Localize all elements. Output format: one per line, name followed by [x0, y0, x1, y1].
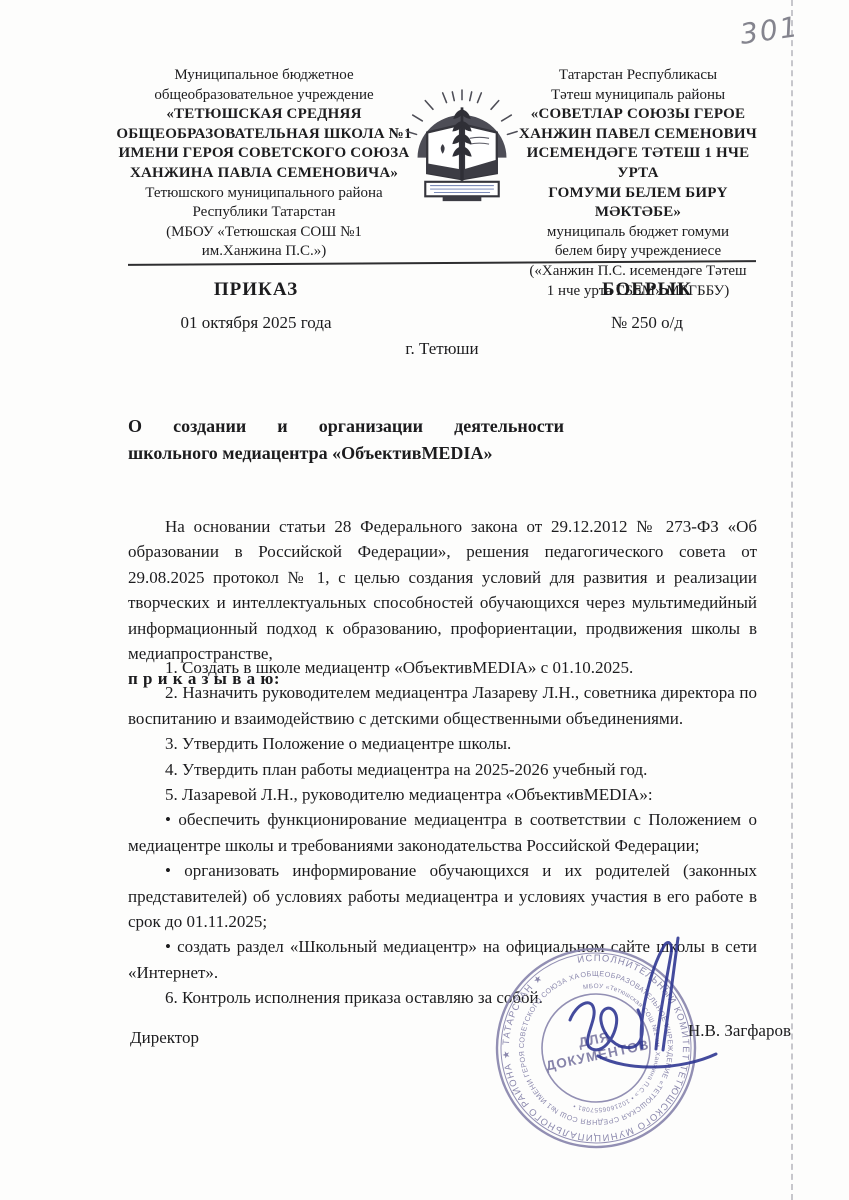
order-item-1: 1. Создать в школе медиацентр «ОбъективM…: [128, 655, 757, 680]
order-title-line1: О создании и организации деятельности: [128, 413, 564, 440]
header-left-line: общеобразовательное учреждение: [116, 86, 412, 106]
signer-position: Директор: [130, 1028, 199, 1048]
header-left-line: ОБЩЕОБРАЗОВАТЕЛЬНАЯ ШКОЛА №1: [116, 125, 412, 145]
order-date: 01 октября 2025 года: [128, 313, 384, 333]
header-left-line: им.Ханжина П.С.»): [116, 242, 412, 262]
header-right-line: Татарстан Республикасы: [512, 66, 764, 86]
header-right-line: Тәтеш муниципаль районы: [512, 86, 764, 106]
header-left-line: (МБОУ «Тетюшская СОШ №1: [116, 223, 412, 243]
order-number: № 250 о/д: [534, 313, 760, 333]
header-org-russian: Муниципальное бюджетное общеобразователь…: [116, 66, 412, 262]
order-item-4: 4. Утвердить план работы медиацентра на …: [128, 757, 757, 782]
header-left-line: Муниципальное бюджетное: [116, 66, 412, 86]
order-title: О создании и организации деятельности шк…: [128, 413, 564, 467]
order-label-russian: ПРИКАЗ: [128, 279, 384, 301]
header-right-line: «СОВЕТЛАР СОЮЗЫ ГЕРОЕ: [512, 105, 764, 125]
order-city: г. Тетюши: [128, 339, 756, 359]
header-left-line: «ТЕТЮШСКАЯ СРЕДНЯЯ: [116, 105, 412, 125]
header-right-line: муниципаль бюджет гомуми: [512, 223, 764, 243]
header-right-line: ИСЕМЕНДӘГЕ ТӘТЕШ 1 НЧЕ УРТА: [512, 144, 764, 183]
order-item-5: 5. Лазаревой Л.Н., руководителю медиацен…: [128, 782, 757, 807]
school-emblem-icon: [404, 88, 520, 206]
fold-mark-line: [791, 0, 793, 1200]
order-item-5-bullet-1: • обеспечить функционирование медиацентр…: [128, 807, 757, 858]
preamble-text: На основании статьи 28 Федерального зако…: [128, 514, 757, 666]
order-title-line2: школьного медиацентра «ОбъективMEDIA»: [128, 440, 564, 467]
order-item-3: 3. Утвердить Положение о медиацентре шко…: [128, 731, 757, 756]
header-right-line: ГОМУМИ БЕЛЕМ БИРҮ МӘКТӘБЕ»: [512, 184, 764, 223]
header-right-line: белем бирү учреждениесе: [512, 242, 764, 262]
signature-stroke-icon: [540, 928, 740, 1098]
header-left-line: Тетюшского муниципального района: [116, 184, 412, 204]
signer-name: Н.В. Загфаров: [688, 1021, 820, 1041]
header-right-line: ХАНЖИН ПАВЕЛ СЕМЕНОВИЧ: [512, 125, 764, 145]
order-label-tatar: БОЕРЫК: [534, 279, 760, 301]
order-item-2: 2. Назначить руководителем медиацентра Л…: [128, 680, 757, 731]
order-item-5-bullet-2: • организовать информирование обучающихс…: [128, 858, 757, 934]
header-left-line: Республики Татарстан: [116, 203, 412, 223]
header-left-line: ИМЕНИ ГЕРОЯ СОВЕТСКОГО СОЮЗА: [116, 144, 412, 164]
header-org-tatar: Татарстан Республикасы Тәтеш муниципаль …: [512, 66, 764, 301]
header-left-line: ХАНЖИНА ПАВЛА СЕМЕНОВИЧА»: [116, 164, 412, 184]
document-page: 301 Муниципальное бюджетное общеобразова…: [0, 0, 849, 1200]
